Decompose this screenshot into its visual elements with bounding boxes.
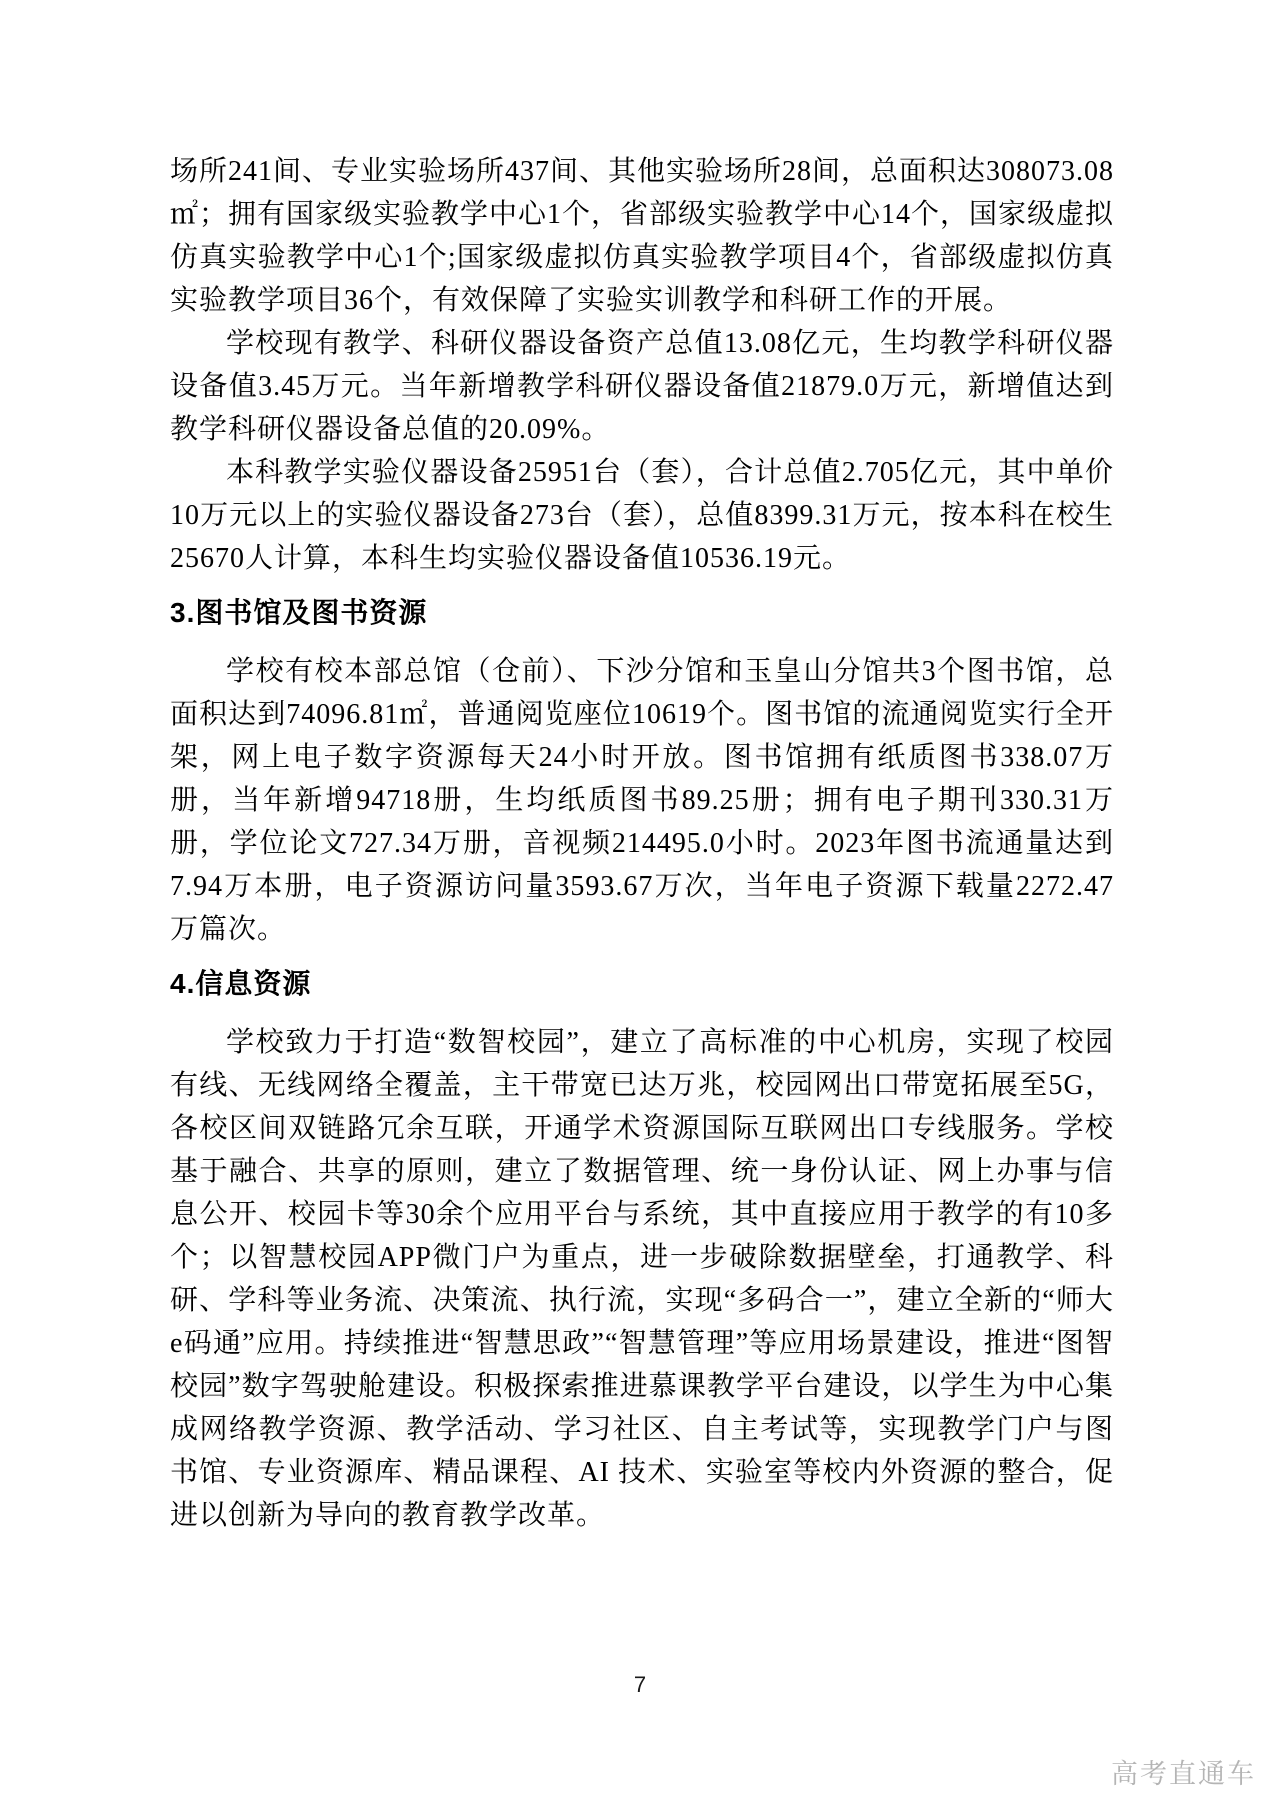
paragraph-information-resources: 学校致力于打造“数智校园”，建立了高标准的中心机房，实现了校园有线、无线网络全覆… bbox=[170, 1021, 1114, 1537]
paragraph-undergrad-equipment: 本科教学实验仪器设备25951台（套），合计总值2.705亿元，其中单价10万元… bbox=[170, 451, 1114, 580]
paragraph-lab-facilities: 场所241间、专业实验场所437间、其他实验场所28间，总面积达308073.0… bbox=[170, 150, 1114, 322]
paragraph-library-resources: 学校有校本部总馆（仓前）、下沙分馆和玉皇山分馆共3个图书馆，总面积达到74096… bbox=[170, 650, 1114, 951]
watermark: 高考直通车 bbox=[1111, 1752, 1256, 1791]
section-heading-information: 4.信息资源 bbox=[170, 962, 1114, 1005]
document-page: 场所241间、专业实验场所437间、其他实验场所28间，总面积达308073.0… bbox=[0, 0, 1280, 1810]
page-content: 场所241间、专业实验场所437间、其他实验场所28间，总面积达308073.0… bbox=[170, 150, 1114, 1537]
paragraph-equipment-value: 学校现有教学、科研仪器设备资产总值13.08亿元，生均教学科研仪器设备值3.45… bbox=[170, 322, 1114, 451]
page-number: 7 bbox=[0, 1672, 1280, 1698]
section-heading-library: 3.图书馆及图书资源 bbox=[170, 591, 1114, 634]
